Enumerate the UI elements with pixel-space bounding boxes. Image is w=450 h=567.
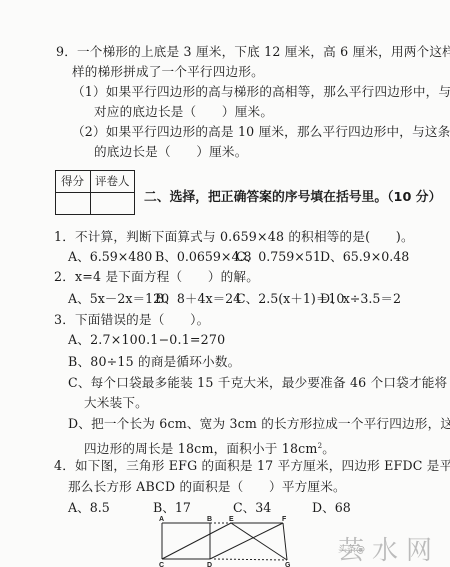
label-d: D: [207, 562, 212, 567]
q1-option-a: A、6.59×480: [68, 249, 152, 265]
q3-option-d-line2: 四边形的周长是 18cm，面积小于 18cm2。: [84, 438, 335, 457]
section-2-title: 二、选择，把正确答案的序号填在括号里。（10 分）: [144, 186, 441, 205]
q1-option-c: C、0.759×51: [236, 249, 321, 265]
q3-option-d-text: 四边形的周长是 18cm，面积小于 18cm: [84, 441, 318, 456]
q2-option-b: B、8＋4x＝24: [155, 291, 241, 307]
score-table: 得分 评卷人: [55, 170, 135, 215]
q1-stem: 1．不计算，判断下面算式与 0.659×48 的积相等的是( )。: [54, 229, 414, 245]
q2-stem: 2．x=4 是下面方程（ ）的解。: [54, 269, 259, 285]
q3-option-c-line2: 大米装下。: [84, 395, 148, 411]
q9-part2-line1: （2）如果平行四边形的高是 10 厘米，那么平行四边形中，与这条高对应: [72, 124, 450, 140]
q4-stem-line2: 那么长方形 ABCD 的面积是（ ）平方厘米。: [68, 479, 346, 495]
q3-option-d-end: 。: [322, 441, 335, 456]
table-row-divider: [56, 192, 134, 193]
q1-option-d: D、65.9×0.48: [320, 249, 409, 265]
watermark: 芸水网 头条@: [338, 530, 443, 565]
q9-part2-line2: 的底边长是（ ）厘米。: [94, 144, 248, 160]
q3-option-d-line1: D、把一个长为 6cm、宽为 3cm 的长方形拉成一个平行四边形，这个平行: [68, 416, 450, 432]
label-c: C: [159, 562, 164, 567]
label-f: F: [282, 516, 287, 523]
label-b: B: [207, 516, 212, 523]
q4-option-d: D、68: [312, 500, 351, 516]
q4-option-c: C、34: [233, 500, 271, 516]
label-e: E: [229, 516, 234, 523]
q9-part1-line2: 对应的底边长是（ ）厘米。: [94, 104, 273, 120]
q9-part1-line1: （1）如果平行四边形的高与梯形的高相等，那么平行四边形中，与这条高: [72, 84, 450, 100]
grader-header: 评卷人: [95, 174, 130, 189]
score-header: 得分: [61, 174, 84, 189]
q4-option-b: B、17: [153, 500, 191, 516]
q4-option-a: A、8.5: [68, 500, 110, 516]
label-a: A: [159, 516, 164, 523]
q3-option-c-line1: C、每个口袋最多能装 15 千克大米，最少要准备 46 个口袋才能将 685 千…: [68, 375, 450, 391]
q3-option-b: B、80÷15 的商是循环小数。: [68, 354, 240, 370]
q2-option-a: A、5x－2x＝120: [68, 291, 169, 307]
label-g: G: [285, 562, 291, 567]
watermark-overlay: 头条@: [338, 542, 365, 555]
geometry-figure: A B E F C D G: [150, 516, 300, 567]
q4-stem-line1: 4．如下图，三角形 EFG 的面积是 17 平方厘米，四边形 EFDC 是平行四…: [54, 458, 450, 474]
q3-option-a: A、2.7×100.1−0.1=270: [68, 332, 225, 348]
q2-option-d: D、x÷3.5＝2: [320, 291, 401, 307]
q9-line1: 9．一个梯形的上底是 3 厘米，下底 12 厘米，高 6 厘米，用两个这样的完全…: [56, 44, 450, 60]
q3-stem: 3．下面错误的是（ ）。: [54, 312, 209, 328]
q9-line2: 样的梯形拼成了一个平行四边形。: [72, 64, 264, 80]
